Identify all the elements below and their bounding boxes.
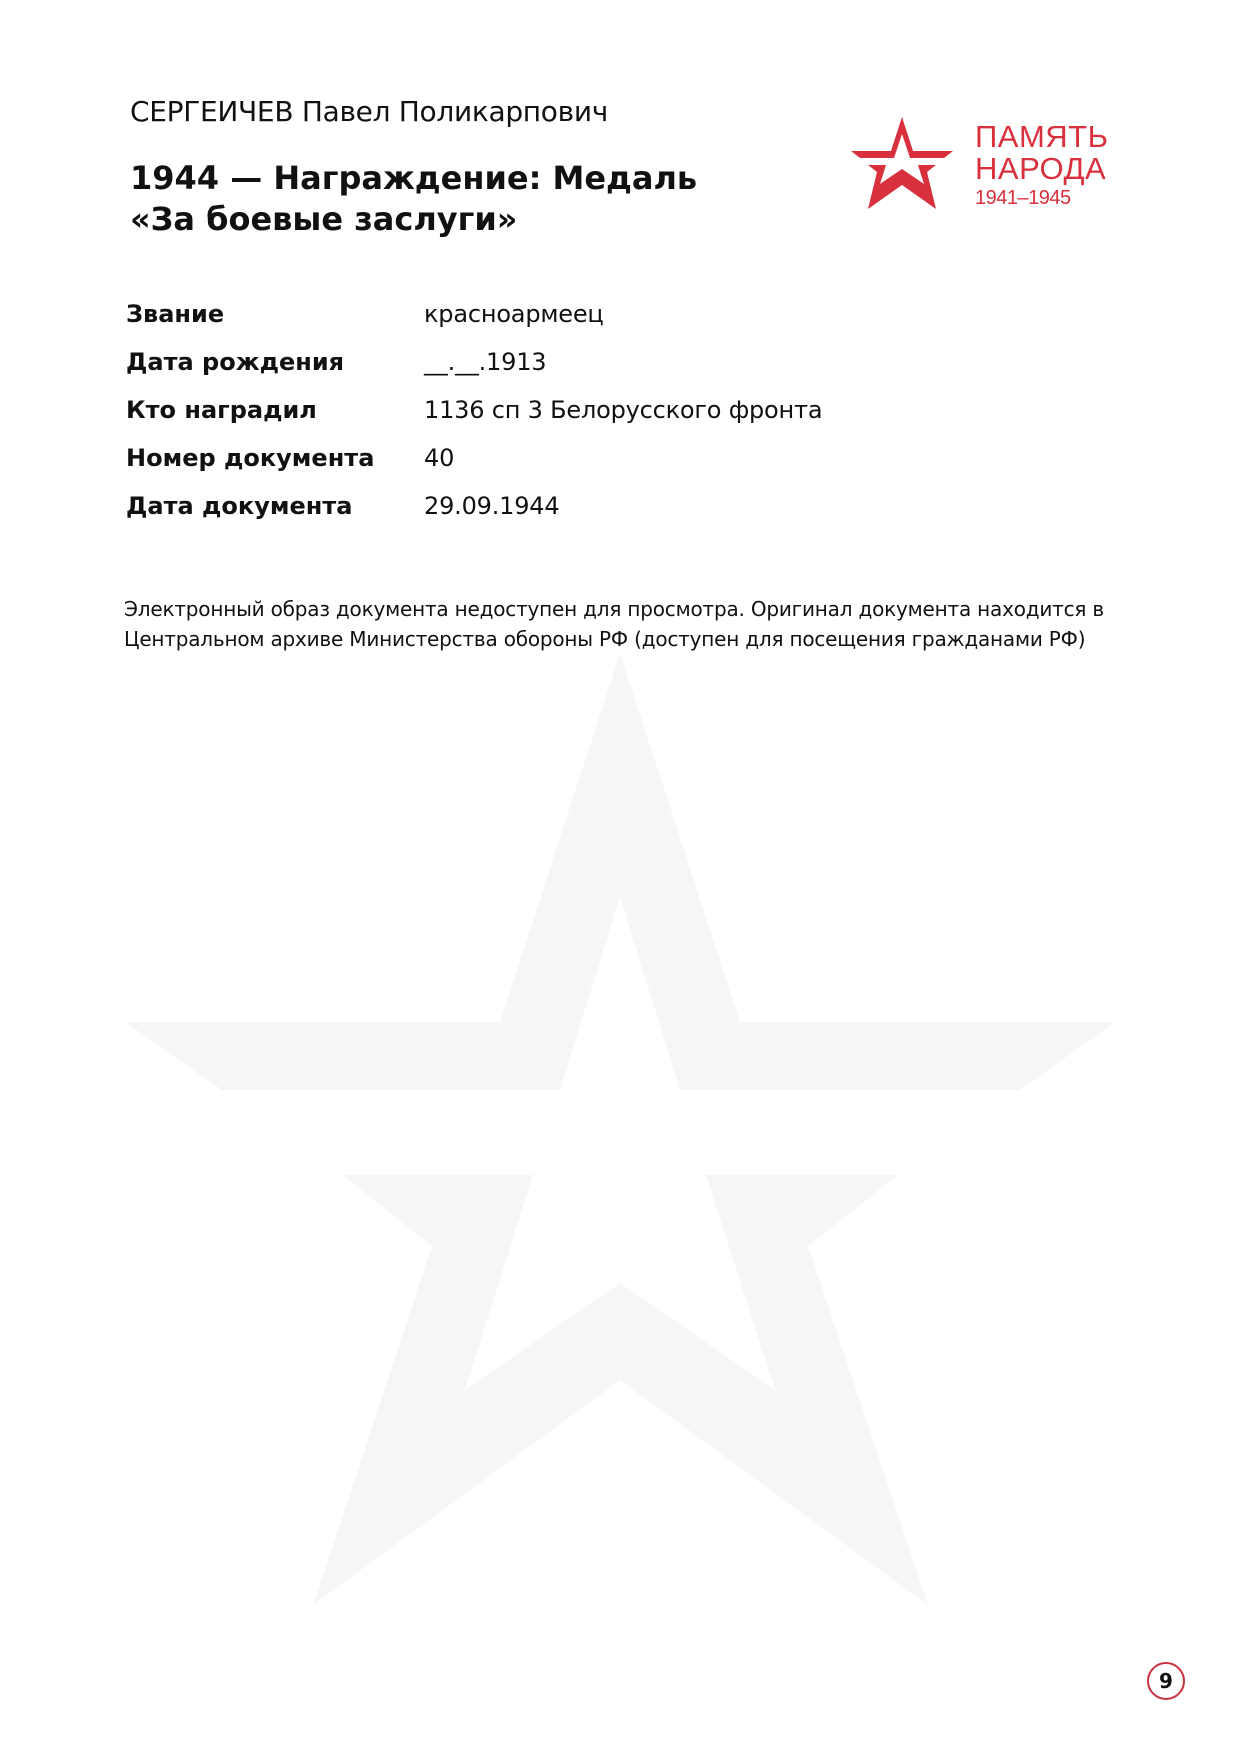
- field-value: 40: [424, 444, 454, 472]
- field-value: красноармеец: [424, 300, 604, 328]
- person-name: СЕРГЕИЧЕВ Павел Поликарпович: [130, 95, 608, 128]
- logo-title-line1: ПАМЯТЬ: [975, 121, 1108, 153]
- logo-text: ПАМЯТЬ НАРОДА 1941–1945: [975, 121, 1108, 211]
- field-value: 29.09.1944: [424, 492, 559, 520]
- field-label: Номер документа: [126, 444, 374, 472]
- availability-notice: Электронный образ документа недоступен д…: [124, 594, 1114, 654]
- page-number: 9: [1147, 1662, 1185, 1700]
- logo-years: 1941–1945: [975, 185, 1108, 211]
- logo-title-line2: НАРОДА: [975, 153, 1108, 185]
- red-star-icon: [850, 117, 955, 217]
- logo: ПАМЯТЬ НАРОДА 1941–1945: [850, 117, 1130, 217]
- field-label: Дата документа: [126, 492, 352, 520]
- document-page: СЕРГЕИЧЕВ Павел Поликарпович 1944 — Нагр…: [0, 0, 1241, 1754]
- field-value: __.__.1913: [424, 348, 546, 376]
- field-value: 1136 сп 3 Белорусского фронта: [424, 396, 822, 424]
- field-label: Кто наградил: [126, 396, 317, 424]
- page-title: 1944 — Награждение: Медаль «За боевые за…: [130, 158, 770, 240]
- field-label: Звание: [126, 300, 224, 328]
- field-label: Дата рождения: [126, 348, 344, 376]
